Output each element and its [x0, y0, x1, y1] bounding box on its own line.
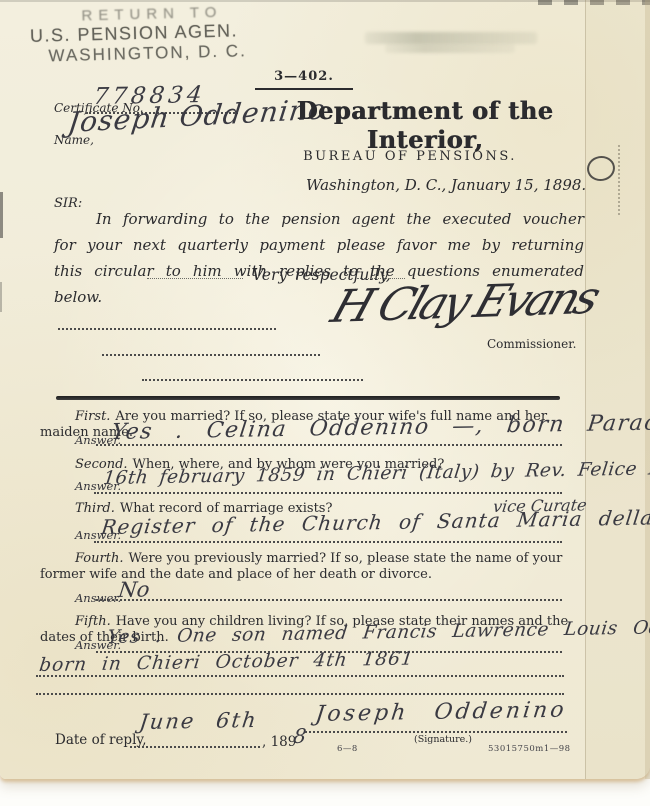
answer-4-dotted-line: [96, 599, 562, 601]
bureau-title: BUREAU OF PENSIONS.: [240, 149, 580, 164]
answer-2-dotted-line: [94, 492, 562, 494]
form-number: 3—402.: [248, 69, 360, 84]
answer-1-dotted-line: [96, 444, 562, 446]
return-stamp: RETURN TO U.S. PENSION AGEN. WASHINGTON,…: [29, 3, 247, 67]
document-page: RETURN TO U.S. PENSION AGEN. WASHINGTON,…: [0, 0, 650, 806]
date-dotted-line: [130, 746, 260, 748]
blank-line-1: [58, 328, 276, 330]
top-edge-shade: [0, 0, 650, 2]
right-edge-band: [645, 0, 650, 779]
answer-4-label: Answer.: [75, 591, 121, 605]
blank-line-2: [102, 354, 320, 356]
faint-stamp: [365, 32, 537, 44]
print-code-left: 6—8: [337, 744, 358, 754]
dateline: Washington, D. C., January 15, 1898.: [306, 176, 586, 194]
right-dotted-artifact: [618, 145, 620, 215]
print-code-right: 53015750m1—98: [488, 744, 571, 754]
empty-answer-line: [36, 693, 564, 695]
date-of-reply-value: June 6th: [138, 708, 259, 734]
blank-line-3: [142, 379, 363, 381]
left-edge-mark-2: [0, 282, 2, 312]
faint-stamp-row-2: [385, 44, 515, 53]
question-1-label: First.: [75, 409, 110, 424]
section-divider-rule: [56, 396, 560, 400]
respondent-signature: Joseph Oddenino: [314, 698, 568, 727]
question-3-label: Third.: [75, 501, 115, 516]
signature-dotted-line: [305, 731, 567, 733]
question-5-label: Fifth.: [75, 614, 111, 629]
department-title: Department of the Interior,: [240, 96, 610, 154]
signature-caption: (Signature.): [398, 734, 488, 745]
question-4-label: Fourth.: [75, 551, 123, 566]
answer-5-dotted-line-2: [36, 675, 564, 677]
commissioner-signature: H Clay Evans: [325, 271, 604, 333]
commissioner-title: Commissioner.: [487, 337, 576, 351]
left-edge-mark-1: [0, 192, 3, 238]
form-number-underline: [255, 88, 353, 90]
answer-3-dotted-line: [94, 541, 562, 543]
closing-dash-left: [147, 278, 243, 279]
